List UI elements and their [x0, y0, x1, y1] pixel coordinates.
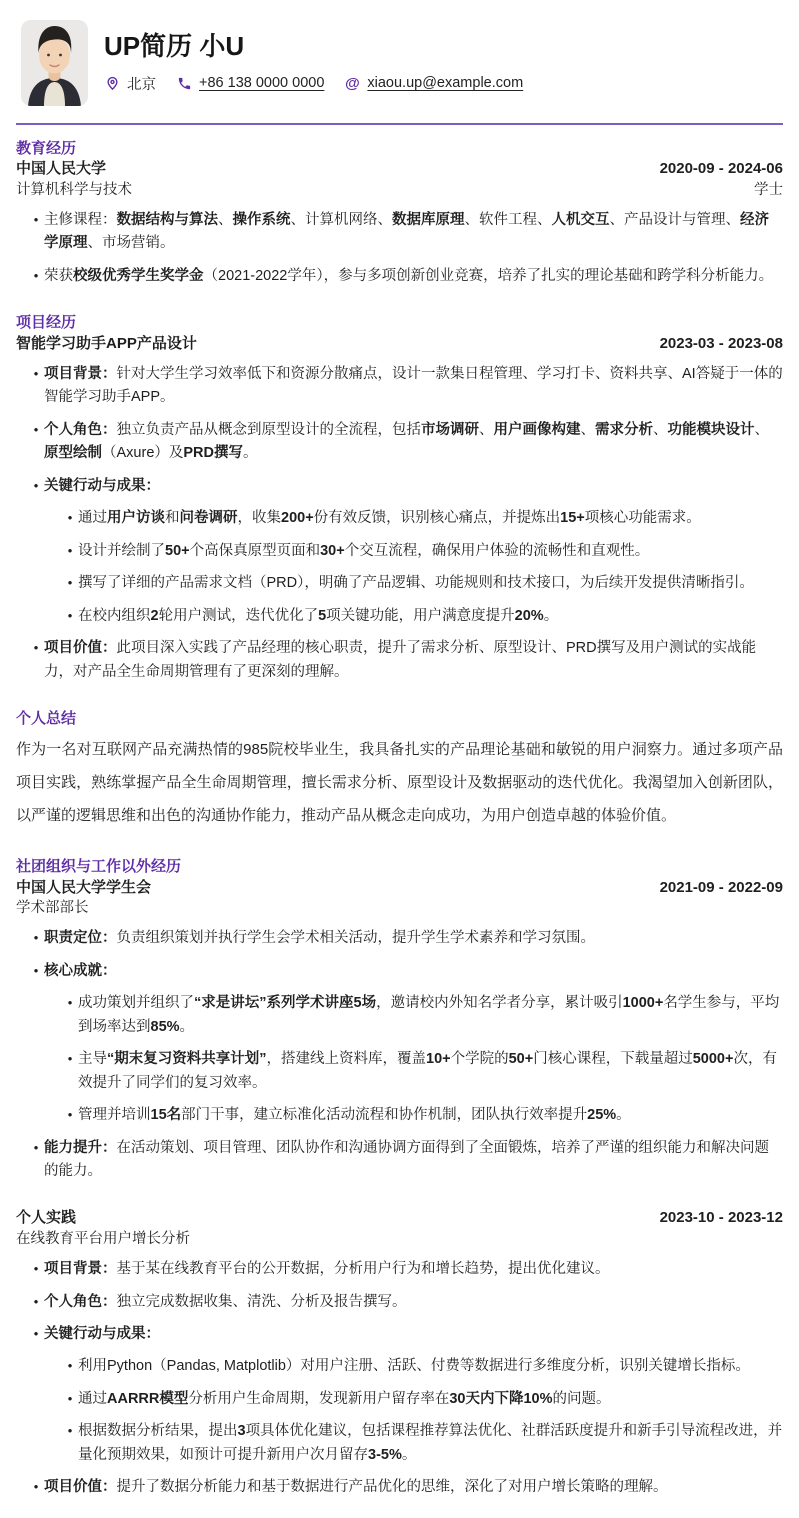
entry-subtitle-row: 学术部部长 [16, 898, 783, 918]
location-text: 北京 [127, 73, 156, 94]
bullet-text: 项目价值：此项目深入实践了产品经理的核心职责，提升了需求分析、原型设计、PRD撰… [44, 637, 783, 684]
text: 、 [581, 422, 596, 438]
text: 、计算机网络、 [291, 212, 393, 228]
entry-title: 中国人民大学学生会 [16, 878, 151, 898]
bullet-marker: • [62, 1355, 78, 1378]
bullet-item: •项目价值：提升了数据分析能力和基于数据进行产品优化的思维，深化了对用户增长策略… [16, 1476, 783, 1499]
bold-text: “求是讲坛”系列学术讲座5场 [194, 995, 376, 1011]
bullet-item: •项目背景：基于某在线教育平台的公开数据，分析用户行为和增长趋势，提出优化建议。 [16, 1258, 783, 1281]
bullet-marker: • [28, 1137, 44, 1184]
text: 。 [243, 445, 258, 461]
bullet-marker: • [62, 540, 78, 563]
bold-text: 个人角色： [44, 422, 117, 438]
bold-text: 50+ [165, 543, 190, 559]
header-divider [16, 123, 783, 125]
bullet-text: 撰写了详细的产品需求文档（PRD），明确了产品逻辑、功能规则和技术接口，为后续开… [78, 572, 783, 595]
bold-text: 2 [151, 608, 159, 624]
entry-date: 2023-10 - 2023-12 [660, 1208, 783, 1228]
bold-text: “期末复习资料共享计划” [107, 1051, 267, 1067]
entry-date: 2021-09 - 2022-09 [660, 878, 783, 898]
bullet-item: •通过AARRR模型分析用户生命周期，发现新用户留存率在30天内下降10%的问题… [16, 1388, 783, 1411]
bullet-marker: • [28, 209, 44, 256]
bullet-marker: • [62, 605, 78, 628]
bold-text: 25% [587, 1107, 616, 1123]
location-pin-icon [104, 75, 120, 91]
entry-title: 中国人民大学 [16, 159, 106, 179]
bullet-item: •荣获校级优秀学生奖学金（2021-2022学年），参与多项创新创业竞赛，培养了… [16, 265, 783, 288]
bold-text: 5000+ [693, 1051, 734, 1067]
bold-text: 85% [151, 1019, 180, 1035]
bold-text: 操作系统 [233, 212, 291, 228]
text: 的问题。 [553, 1391, 611, 1407]
text: 、软件工程、 [465, 212, 552, 228]
entry-degree: 学士 [754, 180, 783, 200]
text: 此项目深入实践了产品经理的核心职责，提升了需求分析、原型设计、PRD撰写及用户测… [44, 640, 756, 679]
bullet-marker: • [28, 1291, 44, 1314]
section: 项目经历智能学习助手APP产品设计2023-03 - 2023-08•项目背景：… [16, 313, 783, 684]
bold-text: 项目背景： [44, 366, 117, 382]
bold-text: 用户访谈 [107, 510, 165, 526]
bold-text: 市场调研 [421, 422, 479, 438]
text: 。 [180, 1019, 195, 1035]
portrait-illustration [21, 20, 88, 106]
entry-date: 2023-03 - 2023-08 [660, 334, 783, 354]
bullet-text: 荣获校级优秀学生奖学金（2021-2022学年），参与多项创新创业竞赛，培养了扎… [44, 265, 783, 288]
bold-text: 职责定位： [44, 930, 117, 946]
bullet-text: 项目背景：针对大学生学习效率低下和资源分散痛点，设计一款集日程管理、学习打卡、资… [44, 363, 783, 410]
text: （2021-2022学年），参与多项创新创业竞赛，培养了扎实的理论基础和跨学科分… [204, 268, 774, 284]
text: 基于某在线教育平台的公开数据，分析用户行为和增长趋势，提出优化建议。 [117, 1261, 610, 1277]
bullet-marker: • [28, 265, 44, 288]
entry-subtitle: 计算机科学与技术 [16, 180, 132, 200]
bold-text: 项目价值： [44, 1479, 117, 1495]
text: 、 [479, 422, 494, 438]
bullet-item: •撰写了详细的产品需求文档（PRD），明确了产品逻辑、功能规则和技术接口，为后续… [16, 572, 783, 595]
bullet-text: 关键行动与成果： [44, 475, 783, 498]
text: 、产品设计与管理、 [610, 212, 741, 228]
bullet-text: 主修课程：数据结构与算法、操作系统、计算机网络、数据库原理、软件工程、人机交互、… [44, 209, 783, 256]
section-heading: 教育经历 [16, 139, 783, 159]
bold-text: 项目背景： [44, 1261, 117, 1277]
bullet-text: 个人角色：独立负责产品从概念到原型设计的全流程，包括市场调研、用户画像构建、需求… [44, 419, 783, 466]
text: 独立负责产品从概念到原型设计的全流程，包括 [117, 422, 422, 438]
bold-text: 能力提升： [44, 1140, 117, 1156]
text: 。 [402, 1447, 417, 1463]
bullet-text: 职责定位：负责组织策划并执行学生会学术相关活动，提升学生学术素养和学习氛围。 [44, 927, 783, 950]
section: 个人总结作为一名对互联网产品充满热情的985院校毕业生，我具备扎实的产品理论基础… [16, 709, 783, 832]
bold-text: 30+ [320, 543, 345, 559]
bold-text: 需求分析 [595, 422, 653, 438]
section-heading: 个人总结 [16, 709, 783, 729]
text: 个学院的 [451, 1051, 509, 1067]
bullet-item: •关键行动与成果： [16, 1323, 783, 1346]
bold-text: 功能模块设计 [668, 422, 755, 438]
bullet-marker: • [28, 1323, 44, 1346]
bold-text: 200+ [281, 510, 314, 526]
header-info: UP简历 小U 北京 +86 138 0000 0000 @ [104, 20, 523, 94]
text: 项核心功能需求。 [585, 510, 701, 526]
bold-text: 关键行动与成果： [44, 478, 160, 494]
text: 荣获 [44, 268, 73, 284]
text: 管理并培训 [78, 1107, 151, 1123]
bullet-text: 根据数据分析结果，提出3项具体优化建议，包括课程推荐算法优化、社群活跃度提升和新… [78, 1420, 783, 1467]
text: 根据数据分析结果，提出 [78, 1423, 238, 1439]
bullet-marker: • [28, 1258, 44, 1281]
entry-subtitle: 在线教育平台用户增长分析 [16, 1229, 190, 1249]
bold-text: 15+ [560, 510, 585, 526]
bullet-marker: • [28, 475, 44, 498]
bullet-text: 能力提升：在活动策划、项目管理、团队协作和沟通协调方面得到了全面锻炼，培养了严谨… [44, 1137, 783, 1184]
bullet-text: 项目背景：基于某在线教育平台的公开数据，分析用户行为和增长趋势，提出优化建议。 [44, 1258, 783, 1281]
entry-header: 中国人民大学学生会2021-09 - 2022-09 [16, 878, 783, 898]
bullet-item: •设计并绘制了50+个高保真原型页面和30+个交互流程，确保用户体验的流畅性和直… [16, 540, 783, 563]
text: ，搭建线上资料库，覆盖 [267, 1051, 427, 1067]
entry-title: 智能学习助手APP产品设计 [16, 334, 197, 354]
text: 负责组织策划并执行学生会学术相关活动，提升学生学术素养和学习氛围。 [117, 930, 596, 946]
resume-page: UP简历 小U 北京 +86 138 0000 0000 @ [0, 0, 799, 1518]
text: 。 [544, 608, 559, 624]
bullet-item: •核心成就： [16, 960, 783, 983]
bullet-item: •项目价值：此项目深入实践了产品经理的核心职责，提升了需求分析、原型设计、PRD… [16, 637, 783, 684]
bold-text: AARRR模型 [107, 1391, 188, 1407]
bullet-item: •根据数据分析结果，提出3项具体优化建议，包括课程推荐算法优化、社群活跃度提升和… [16, 1420, 783, 1467]
text: 、 [755, 422, 770, 438]
entry-subtitle: 学术部部长 [16, 898, 89, 918]
bold-text: 10+ [426, 1051, 451, 1067]
bold-text: 用户画像构建 [494, 422, 581, 438]
text: 份有效反馈，识别核心痛点，并提炼出 [314, 510, 561, 526]
section-heading: 社团组织与工作以外经历 [16, 857, 783, 877]
phone-link[interactable]: +86 138 0000 0000 [199, 75, 324, 91]
bullet-marker: • [62, 507, 78, 530]
bullet-text: 成功策划并组织了“求是讲坛”系列学术讲座5场，邀请校内外知名学者分享，累计吸引1… [78, 992, 783, 1039]
text: 提升了数据分析能力和基于数据进行产品优化的思维，深化了对用户增长策略的理解。 [117, 1479, 668, 1495]
text: 个交互流程，确保用户体验的流畅性和直观性。 [345, 543, 650, 559]
text: （Axure）及 [102, 445, 183, 461]
bold-text: 项目价值： [44, 640, 117, 656]
text: 分析用户生命周期，发现新用户留存率在 [188, 1391, 449, 1407]
text: 成功策划并组织了 [78, 995, 194, 1011]
text: 、 [218, 212, 233, 228]
text: 、 [653, 422, 668, 438]
section: 个人实践2023-10 - 2023-12在线教育平台用户增长分析•项目背景：基… [16, 1208, 783, 1499]
section: 社团组织与工作以外经历中国人民大学学生会2021-09 - 2022-09学术部… [16, 857, 783, 1183]
bullet-marker: • [28, 960, 44, 983]
bullet-item: •关键行动与成果： [16, 475, 783, 498]
resume-header: UP简历 小U 北京 +86 138 0000 0000 @ [16, 20, 783, 106]
section-heading: 项目经历 [16, 313, 783, 333]
bullet-marker: • [62, 1388, 78, 1411]
text: 主修课程： [44, 212, 117, 228]
text: 针对大学生学习效率低下和资源分散痛点，设计一款集日程管理、学习打卡、资料共享、A… [44, 366, 783, 405]
bold-text: 问卷调研 [180, 510, 238, 526]
bullet-marker: • [62, 1104, 78, 1127]
bullet-text: 设计并绘制了50+个高保真原型页面和30+个交互流程，确保用户体验的流畅性和直观… [78, 540, 783, 563]
bullet-marker: • [28, 363, 44, 410]
bullet-text: 核心成就： [44, 960, 783, 983]
bullet-item: •项目背景：针对大学生学习效率低下和资源分散痛点，设计一款集日程管理、学习打卡、… [16, 363, 783, 410]
text: 、市场营销。 [88, 235, 175, 251]
bullet-item: •能力提升：在活动策划、项目管理、团队协作和沟通协调方面得到了全面锻炼，培养了严… [16, 1137, 783, 1184]
bullet-text: 通过AARRR模型分析用户生命周期，发现新用户留存率在30天内下降10%的问题。 [78, 1388, 783, 1411]
bold-text: 关键行动与成果： [44, 1326, 160, 1342]
bullet-item: •个人角色：独立负责产品从概念到原型设计的全流程，包括市场调研、用户画像构建、需… [16, 419, 783, 466]
bullet-item: •利用Python（Pandas, Matplotlib）对用户注册、活跃、付费… [16, 1355, 783, 1378]
at-icon: @ [344, 75, 360, 91]
bullet-text: 个人角色：独立完成数据收集、清洗、分析及报告撰写。 [44, 1291, 783, 1314]
text: 轮用户测试，迭代优化了 [159, 608, 319, 624]
bold-text: 校级优秀学生奖学金 [73, 268, 204, 284]
bullet-item: •管理并培训15名部门干事，建立标准化活动流程和协作机制，团队执行效率提升25%… [16, 1104, 783, 1127]
text: 在活动策划、项目管理、团队协作和沟通协调方面得到了全面锻炼，培养了严谨的组织能力… [44, 1140, 769, 1179]
text: 设计并绘制了 [78, 543, 165, 559]
bullet-text: 项目价值：提升了数据分析能力和基于数据进行产品优化的思维，深化了对用户增长策略的… [44, 1476, 783, 1499]
entry-header: 智能学习助手APP产品设计2023-03 - 2023-08 [16, 334, 783, 354]
bold-text: 核心成就： [44, 963, 117, 979]
bold-text: 数据库原理 [392, 212, 465, 228]
text: 。 [616, 1107, 631, 1123]
text: 在校内组织 [78, 608, 151, 624]
bold-text: 个人角色： [44, 1294, 117, 1310]
text: 个高保真原型页面和 [190, 543, 321, 559]
bullet-marker: • [62, 572, 78, 595]
bold-text: 原型绘制 [44, 445, 102, 461]
text: 和 [165, 510, 180, 526]
bullet-item: •个人角色：独立完成数据收集、清洗、分析及报告撰写。 [16, 1291, 783, 1314]
bullet-marker: • [62, 992, 78, 1039]
bold-text: 50+ [509, 1051, 534, 1067]
bullet-item: •成功策划并组织了“求是讲坛”系列学术讲座5场，邀请校内外知名学者分享，累计吸引… [16, 992, 783, 1039]
bullet-text: 关键行动与成果： [44, 1323, 783, 1346]
bullet-marker: • [62, 1420, 78, 1467]
bullet-text: 利用Python（Pandas, Matplotlib）对用户注册、活跃、付费等… [78, 1355, 783, 1378]
bullet-text: 主导“期末复习资料共享计划”，搭建线上资料库，覆盖10+个学院的50+门核心课程… [78, 1048, 783, 1095]
bold-text: 1000+ [623, 995, 664, 1011]
bold-text: 人机交互 [552, 212, 610, 228]
bullet-marker: • [28, 419, 44, 466]
text: ，邀请校内外知名学者分享，累计吸引 [376, 995, 623, 1011]
text: 主导 [78, 1051, 107, 1067]
bold-text: 5 [318, 608, 326, 624]
bullet-marker: • [28, 1476, 44, 1499]
bold-text: PRD撰写 [183, 445, 243, 461]
text: ，收集 [238, 510, 282, 526]
entry-subtitle-row: 计算机科学与技术学士 [16, 180, 783, 200]
text: 部门干事，建立标准化活动流程和协作机制，团队执行效率提升 [181, 1107, 587, 1123]
text: 利用Python（Pandas, Matplotlib）对用户注册、活跃、付费等… [78, 1358, 750, 1374]
bullet-item: •主修课程：数据结构与算法、操作系统、计算机网络、数据库原理、软件工程、人机交互… [16, 209, 783, 256]
profile-photo [21, 20, 88, 106]
entry-date: 2020-09 - 2024-06 [660, 159, 783, 179]
bold-text: 30天内下降10% [449, 1391, 552, 1407]
entry-title: 个人实践 [16, 1208, 76, 1228]
bullet-item: •在校内组织2轮用户测试，迭代优化了5项关键功能，用户满意度提升20%。 [16, 605, 783, 628]
bullet-text: 在校内组织2轮用户测试，迭代优化了5项关键功能，用户满意度提升20%。 [78, 605, 783, 628]
bold-text: 3-5% [368, 1447, 402, 1463]
bullet-item: •主导“期末复习资料共享计划”，搭建线上资料库，覆盖10+个学院的50+门核心课… [16, 1048, 783, 1095]
bullet-item: •通过用户访谈和问卷调研，收集200+份有效反馈，识别核心痛点，并提炼出15+项… [16, 507, 783, 530]
bold-text: 20% [515, 608, 544, 624]
contact-row: 北京 +86 138 0000 0000 @ xiaou.up@example.… [104, 73, 523, 94]
person-name: UP简历 小U [104, 32, 523, 61]
bullet-marker: • [28, 927, 44, 950]
bullet-text: 管理并培训15名部门干事，建立标准化活动流程和协作机制，团队执行效率提升25%。 [78, 1104, 783, 1127]
entry-subtitle-row: 在线教育平台用户增长分析 [16, 1229, 783, 1249]
bullet-item: •职责定位：负责组织策划并执行学生会学术相关活动，提升学生学术素养和学习氛围。 [16, 927, 783, 950]
email-link[interactable]: xiaou.up@example.com [367, 75, 523, 91]
phone-icon [176, 75, 192, 91]
bullet-text: 通过用户访谈和问卷调研，收集200+份有效反馈，识别核心痛点，并提炼出15+项核… [78, 507, 783, 530]
text: 项关键功能，用户满意度提升 [326, 608, 515, 624]
bold-text: 15名 [151, 1107, 182, 1123]
text: 通过 [78, 510, 107, 526]
text: 通过 [78, 1391, 107, 1407]
text: 撰写了详细的产品需求文档（PRD），明确了产品逻辑、功能规则和技术接口，为后续开… [78, 575, 754, 591]
entry-header: 个人实践2023-10 - 2023-12 [16, 1208, 783, 1228]
entry-header: 中国人民大学2020-09 - 2024-06 [16, 159, 783, 179]
bullet-marker: • [62, 1048, 78, 1095]
bold-text: 3 [238, 1423, 246, 1439]
bold-text: 数据结构与算法 [117, 212, 219, 228]
summary-paragraph: 作为一名对互联网产品充满热情的985院校毕业生，我具备扎实的产品理论基础和敏锐的… [16, 733, 783, 832]
text: 独立完成数据收集、清洗、分析及报告撰写。 [117, 1294, 407, 1310]
text: 门核心课程，下载量超过 [533, 1051, 693, 1067]
bullet-marker: • [28, 637, 44, 684]
section: 教育经历中国人民大学2020-09 - 2024-06计算机科学与技术学士•主修… [16, 139, 783, 288]
resume-body: 教育经历中国人民大学2020-09 - 2024-06计算机科学与技术学士•主修… [16, 139, 783, 1500]
